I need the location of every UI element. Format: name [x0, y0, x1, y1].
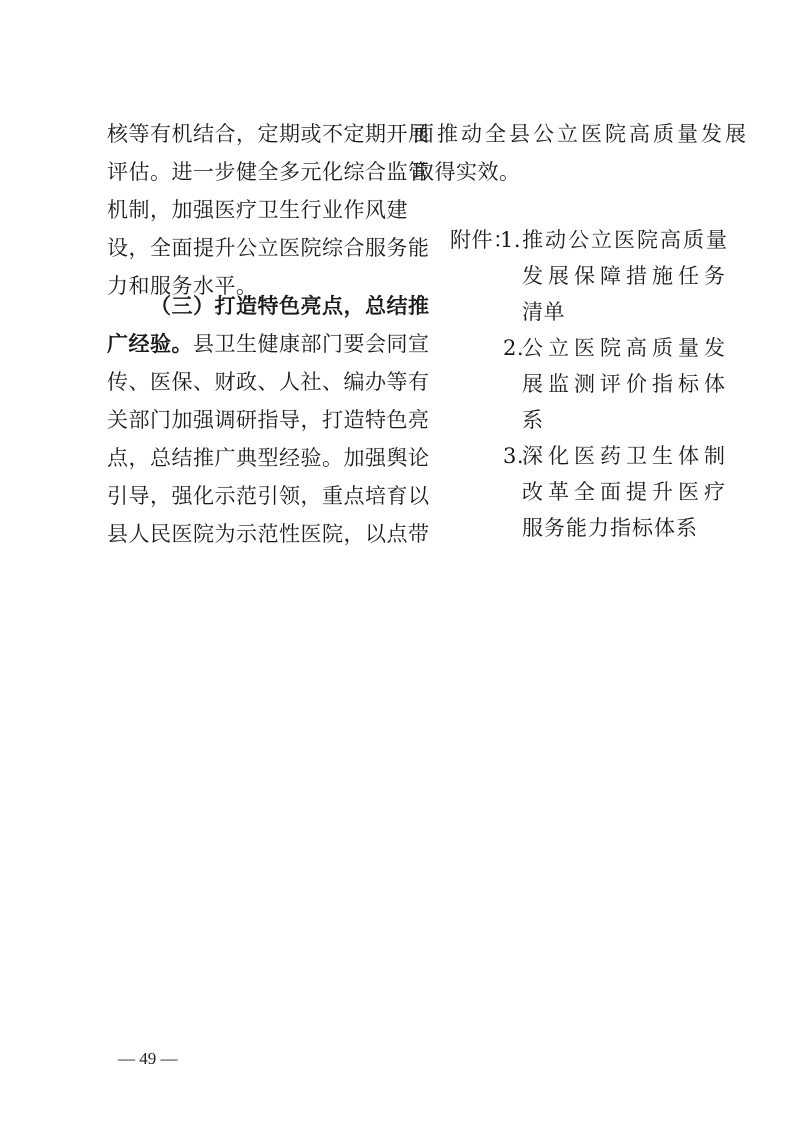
body-text-line: 设，全面提升公立医院综合服务能 [107, 236, 430, 260]
body-text-line: 广经验。县卫生健康部门要会同宣 [107, 332, 430, 356]
body-text: 县卫生健康部门要会同宣 [193, 332, 430, 356]
attachment-title: 公立医院高质量发 [522, 336, 730, 360]
page-number: — 49 — [118, 1049, 178, 1069]
body-text-line: 传、医保、财政、人社、编办等有 [107, 370, 430, 394]
body-text-line: 机制，加强医疗卫生行业作风建 [107, 198, 408, 222]
attachment-number: 3. [503, 444, 524, 468]
attachment-title: 展监测评价指标体 [522, 372, 730, 396]
body-text-line: 关部门加强调研指导，打造特色亮 [107, 408, 430, 432]
attachment-title: 深化医药卫生体制 [522, 444, 730, 468]
attachment-title: 系 [522, 408, 544, 432]
attachment-title: 服务能力指标体系 [522, 516, 698, 540]
body-text-line: 评估。进一步健全多元化综合监管 [107, 160, 430, 184]
section-heading: （三）打造特色亮点，总结推 [150, 294, 430, 318]
body-text-line: 县人民医院为示范性医院，以点带 [107, 522, 430, 546]
section-heading-continued: 广经验。 [107, 332, 193, 356]
attachment-title: 改革全面提升医疗 [522, 480, 730, 504]
attachment-number: 2. [503, 336, 524, 360]
attachment-number: 1. [500, 228, 521, 252]
body-text-line: 核等有机结合，定期或不定期开展 [107, 122, 430, 146]
body-text-line: 取得实效。 [413, 160, 521, 184]
attachment-title: 清单 [522, 300, 565, 324]
body-text-line: 点，总结推广典型经验。加强舆论 [107, 446, 430, 470]
attachment-title: 推动公立医院高质量 [522, 228, 729, 252]
body-text-line: 引导，强化示范引领，重点培育以 [107, 484, 430, 508]
attachment-title: 发展保障措施任务 [522, 264, 730, 288]
body-text-line: 面推动全县公立医院高质量发展 [413, 122, 749, 146]
